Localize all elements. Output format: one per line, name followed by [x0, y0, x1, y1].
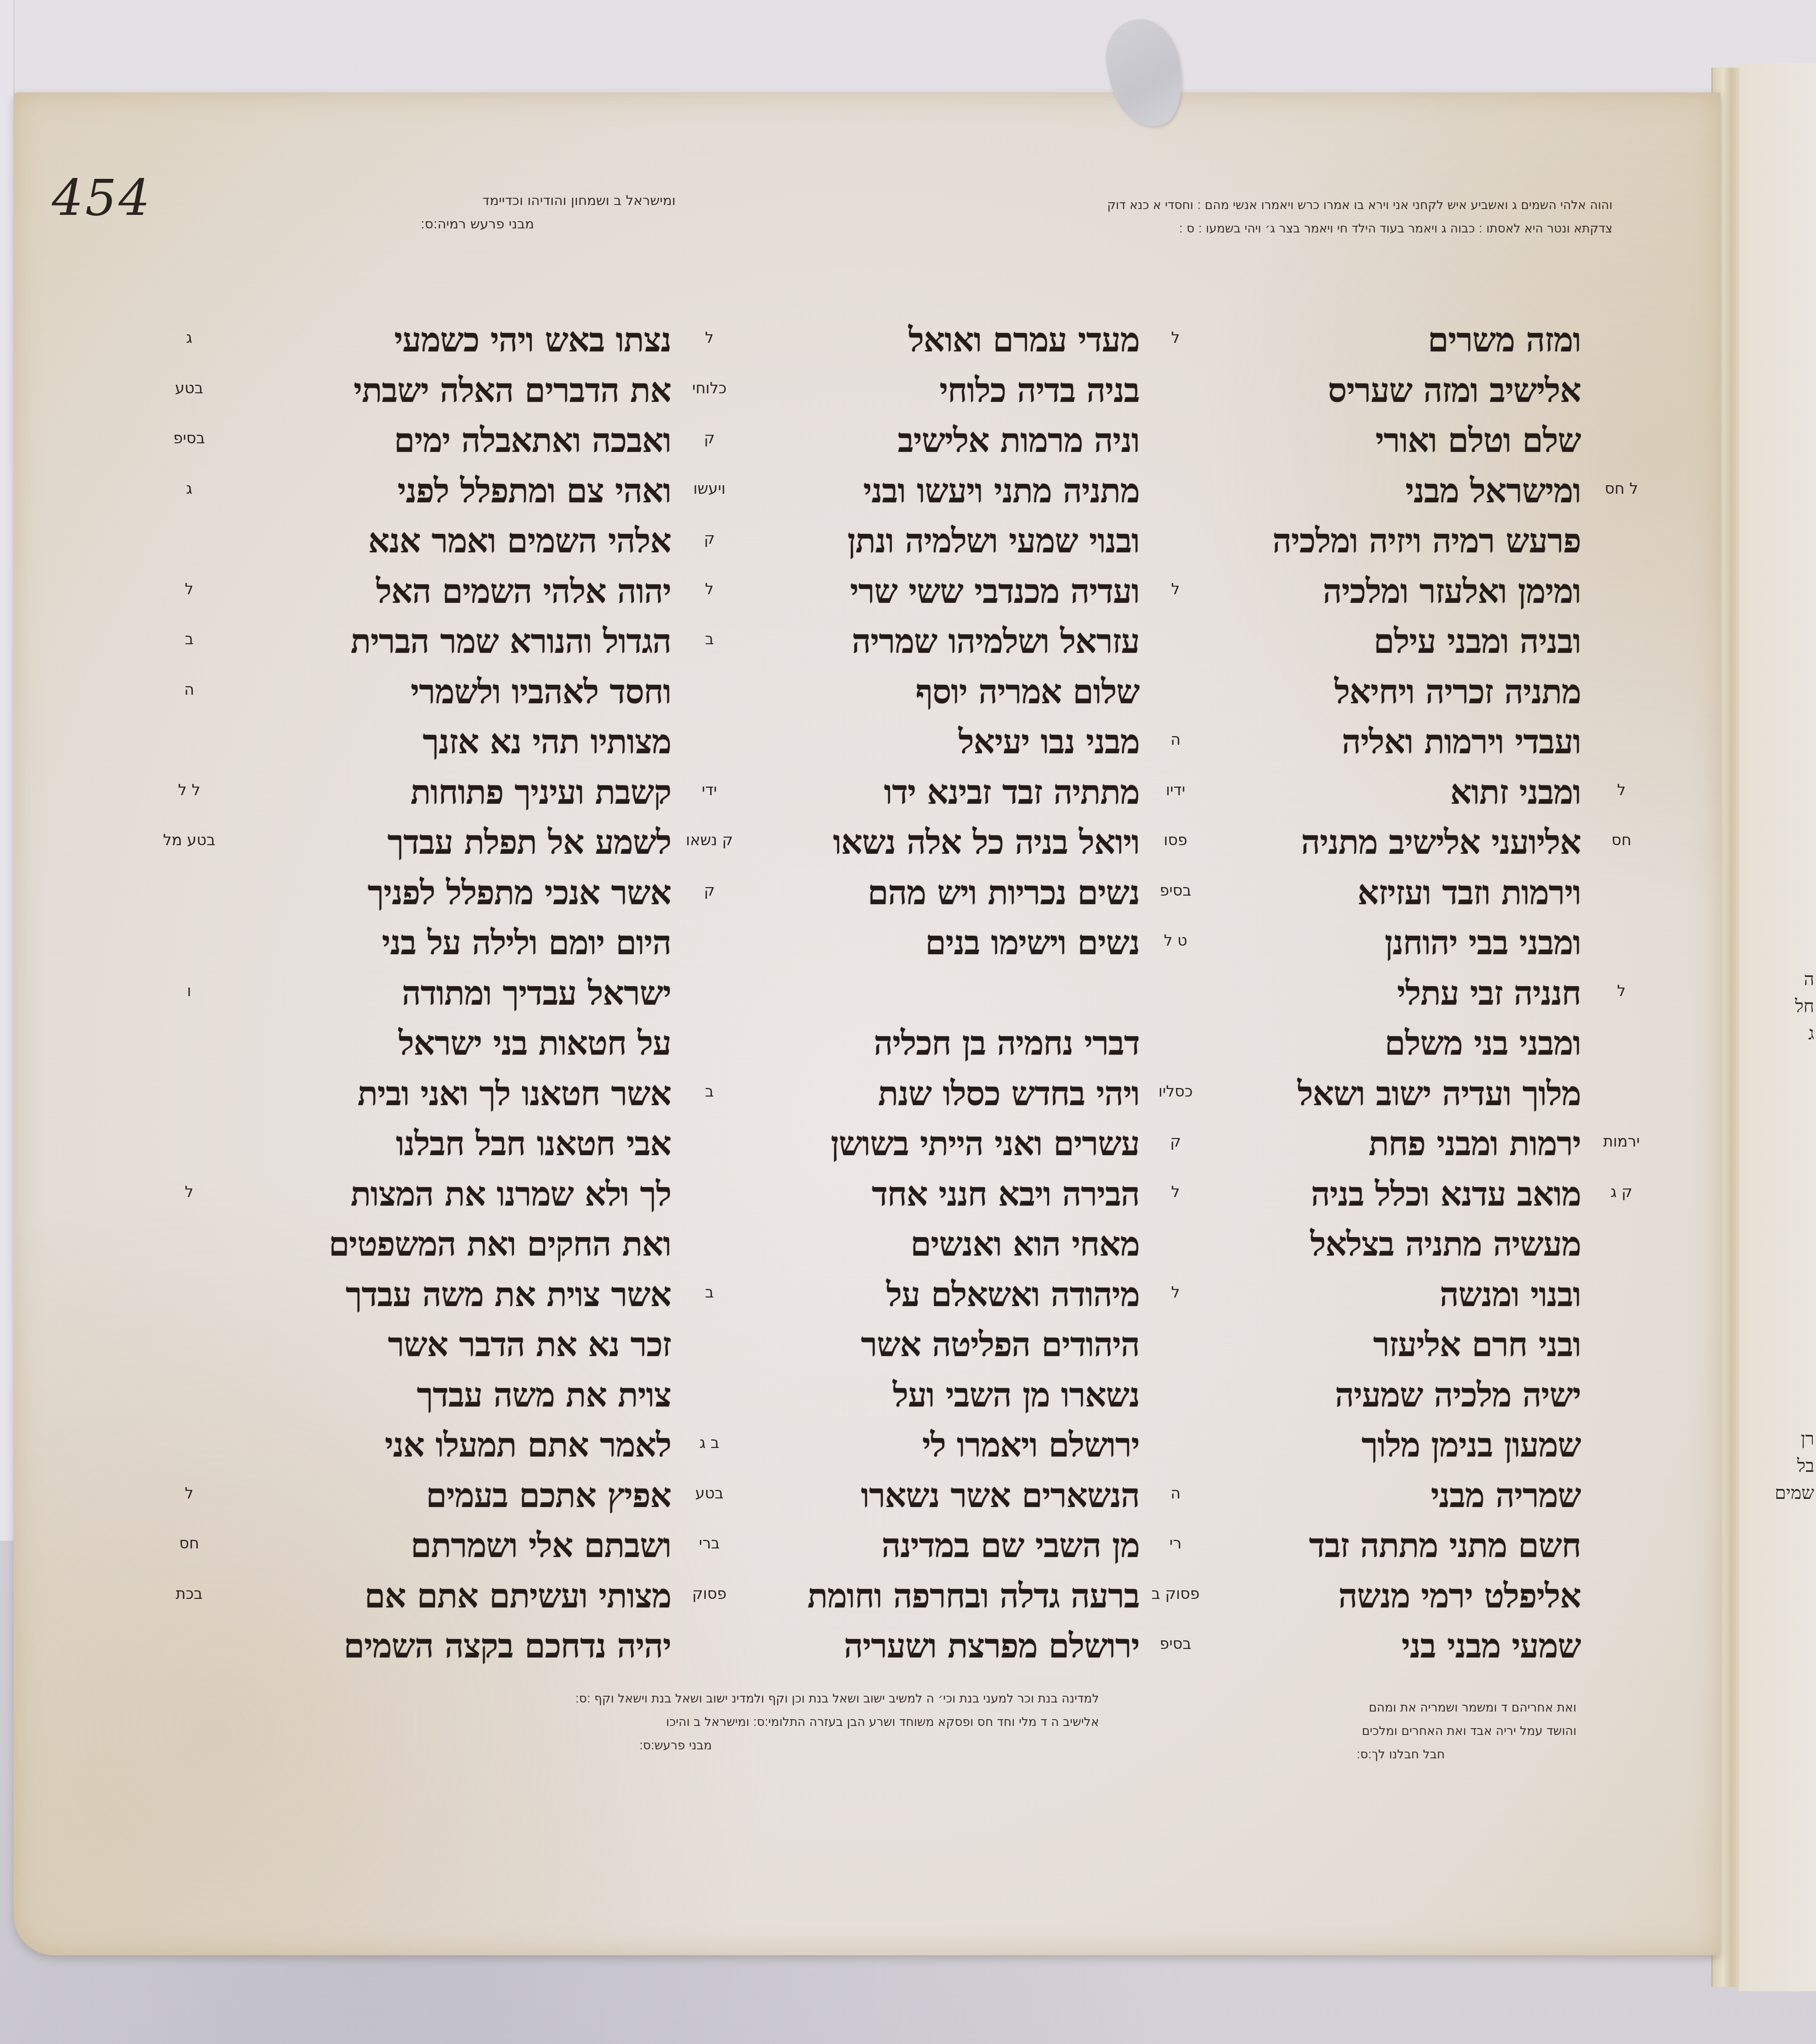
- text-line: יהיה נדחכם בקצה השמים: [270, 1621, 671, 1672]
- text-line: חשם מתני מתתה זבד: [1225, 1521, 1581, 1571]
- text-line: עשרים ואני הייתי בשושן: [748, 1119, 1140, 1170]
- text-column-right: ומזה משריםאלישיב ומזה שעריסשלם וטלם ואור…: [1225, 315, 1581, 1672]
- masora-parva-note: ב: [185, 630, 194, 648]
- text-line: ומבני זתוא: [1225, 768, 1581, 818]
- masora-parva-note: ג: [186, 480, 192, 498]
- text-line: דברי נחמיה בן חכליה: [748, 1019, 1140, 1069]
- text-line: מעשיה מתניה בצלאל: [1225, 1220, 1581, 1270]
- text-line: מבני נבו יעיאל: [748, 717, 1140, 768]
- text-line: ויהי בחדש כסלו שנת: [748, 1069, 1140, 1120]
- text-line: נשארו מן השבי ועל: [748, 1370, 1140, 1421]
- masora-parva-note: בטע: [175, 379, 204, 397]
- masora-parva-note: ל ל: [178, 781, 200, 799]
- masora-parva-note: ק ג: [1611, 1183, 1633, 1201]
- text-line: שמעון בנימן מלוך: [1225, 1420, 1581, 1471]
- text-line: מאחי הוא ואנשים: [748, 1220, 1140, 1270]
- text-line: קשבת ועיניך פתוחות: [270, 768, 671, 818]
- text-line: ומימן ואלעזר ומלכיה: [1225, 567, 1581, 617]
- masora-parva-note: ק: [704, 429, 715, 447]
- text-column-left: נצתו באש ויהי כשמעיאת הדברים האלה ישבתיו…: [270, 315, 671, 1672]
- adjacent-page-fragment: שמים: [1775, 1482, 1814, 1503]
- text-line: פרעש רמיה ויזיה ומלכיה: [1225, 516, 1581, 567]
- text-column-middle: מעדי עמרם ואואלבניה בדיה כלוחיוניה מרמות…: [748, 315, 1140, 1672]
- masora-parva-note: פסוק ב: [1151, 1585, 1199, 1603]
- text-line: אשר צוית את משה עבדך: [270, 1270, 671, 1320]
- text-line: צוית את משה עבדך: [270, 1370, 671, 1421]
- text-line: ובני חרם אליעזר: [1225, 1320, 1581, 1370]
- text-line: וחסד לאהביו ולשמרי: [270, 667, 671, 718]
- masora-line: מבני פרעש׃ס׃: [252, 1734, 1099, 1757]
- text-line: ובניה ומבני עילם: [1225, 617, 1581, 667]
- text-line: על חטאות בני ישראל: [270, 1019, 671, 1069]
- text-line: הבירה ויבא חנני אחד: [748, 1170, 1140, 1220]
- text-line: לך ולא שמרנו את המצות: [270, 1170, 671, 1220]
- text-line: [748, 969, 1140, 1019]
- masora-line: והושד עמל יריה אבד ואת האחרים ומלכים: [1225, 1720, 1576, 1743]
- text-line: ומבני בני משלם: [1225, 1019, 1581, 1069]
- masora-parva-note: ו: [187, 982, 191, 1000]
- text-line: ומבני בבי יהוחנן: [1225, 918, 1581, 969]
- text-line: מצותי ועשיתם אתם אם: [270, 1571, 671, 1622]
- previous-page-edge: [0, 0, 14, 1541]
- masora-line: למדינה בנת וכר למעני בנת וכי׳ ה למשיב יש…: [252, 1687, 1099, 1711]
- text-line: יהוה אלהי השמים האל: [270, 567, 671, 617]
- masora-parva-note: כסליו: [1158, 1083, 1193, 1101]
- text-line: אליועני אלישיב מתניה: [1225, 818, 1581, 868]
- text-line: וניה מרמות אלישיב: [748, 416, 1140, 466]
- text-line: שלם וטלם ואורי: [1225, 416, 1581, 466]
- masora-parva-note: ק: [704, 530, 715, 548]
- text-line: ועדיה מכנדבי ששי שרי: [748, 567, 1140, 617]
- masora-parva-note: ק: [704, 882, 715, 900]
- masora-parva-note: בסיפ: [1160, 882, 1192, 900]
- masora-parva-note: ב: [705, 630, 714, 648]
- text-line: בניה בדיה כלוחי: [748, 366, 1140, 416]
- text-line: חנניה זבי עתלי: [1225, 969, 1581, 1019]
- text-line: היום יומם ולילה על בני: [270, 918, 671, 969]
- masora-parva-note: רי: [1170, 1534, 1182, 1552]
- adjacent-page-fragment: ה: [1804, 969, 1814, 990]
- text-line: אליפלט ירמי מנשה: [1225, 1571, 1581, 1622]
- text-line: מיהודה ואשאלם על: [748, 1270, 1140, 1320]
- text-line: ושבתם אלי ושמרתם: [270, 1521, 671, 1571]
- text-line: אלהי השמים ואמר אנא: [270, 516, 671, 567]
- masora-magna-bottom-right: ואת אחריהם ד ומשמר ושמריה את ומהם והושד …: [1225, 1696, 1576, 1766]
- masora-magna-top-right: והוה אלהי השמים ג ואשביע איש לקחני אני ו…: [766, 194, 1612, 241]
- masora-parva-note: פסוק: [692, 1585, 727, 1603]
- text-line: אפיץ אתכם בעמים: [270, 1471, 671, 1521]
- text-line: אשר אנכי מתפלל לפניך: [270, 868, 671, 919]
- masora-parva-note: בכת: [176, 1585, 203, 1603]
- text-line: ובנוי ומנשה: [1225, 1270, 1581, 1320]
- text-line: שמריה מבני: [1225, 1471, 1581, 1521]
- text-line: ויואל בניה כל אלה נשאו: [748, 818, 1140, 868]
- text-line: ירמות ומבני פחת: [1225, 1119, 1581, 1170]
- text-line: מואב עדנא וכלל בניה: [1225, 1170, 1581, 1220]
- masora-parva-note: ט ל: [1164, 932, 1187, 950]
- masora-parva-note: ה: [1171, 1484, 1180, 1502]
- masora-parva-note: ב: [705, 1284, 714, 1302]
- text-line: מצותיו תהי נא אזנך: [270, 717, 671, 768]
- text-line: ואהי צם ומתפלל לפני: [270, 466, 671, 517]
- masora-parva-note: ל: [185, 580, 193, 598]
- masora-parva-note: ירמות: [1603, 1133, 1640, 1151]
- masora-parva-note: בסיפ: [173, 429, 205, 447]
- text-line: מתניה זכריה ויחיאל: [1225, 667, 1581, 718]
- text-line: ואת החקים ואת המשפטים: [270, 1220, 671, 1270]
- masora-line: ואת אחריהם ד ומשמר ושמריה את ומהם: [1225, 1696, 1576, 1720]
- text-line: עזראל ושלמיהו שמריה: [748, 617, 1140, 667]
- adjacent-page: ה חל ג רן בל שמים: [1739, 63, 1816, 1991]
- masora-line: ומישראל ב ושמחון והודיהו וכדיימד: [279, 189, 676, 213]
- text-line: אבי חטאנו חבל חבלנו: [270, 1119, 671, 1170]
- masora-line: חבל חבלנו לך׃ס׃: [1225, 1743, 1576, 1766]
- text-line: לשמע אל תפלת עבדך: [270, 818, 671, 868]
- masora-parva-note: ל: [1171, 1284, 1180, 1302]
- text-line: אלישיב ומזה שעריס: [1225, 366, 1581, 416]
- text-line: ומזה משרים: [1225, 315, 1581, 366]
- masora-parva-note: ל: [1171, 1183, 1180, 1201]
- masora-parva-note: חס: [179, 1534, 199, 1552]
- masora-parva-note: ל: [705, 580, 713, 598]
- masora-line: אלישיב ה ד מלי וחד חס ופסקא משוחד ושרע ה…: [252, 1711, 1099, 1734]
- text-line: היהודים הפליטה אשר: [748, 1320, 1140, 1370]
- masora-parva-note: ק: [1170, 1133, 1181, 1151]
- text-line: שלום אמריה יוסף: [748, 667, 1140, 718]
- text-line: ירושלם ויאמרו לי: [748, 1420, 1140, 1471]
- text-line: מעדי עמרם ואואל: [748, 315, 1140, 366]
- masora-parva-note: ל: [1171, 329, 1180, 347]
- text-line: ובנוי שמעי ושלמיה ונתן: [748, 516, 1140, 567]
- masora-line: מבני פרעש רמיה׃ס׃: [279, 213, 676, 236]
- masora-parva-note: ויעשו: [693, 480, 726, 498]
- masora-parva-note: ה: [1171, 731, 1180, 749]
- masora-parva-note: בטע מל: [163, 831, 215, 849]
- masora-parva-note: ל חס: [1605, 480, 1638, 498]
- adjacent-page-fragment: בל: [1797, 1455, 1814, 1476]
- text-line: נצתו באש ויהי כשמעי: [270, 315, 671, 366]
- masora-parva-note: ידי: [702, 781, 717, 799]
- text-line: אשר חטאנו לך ואני ובית: [270, 1069, 671, 1120]
- masora-parva-note: כלוחי: [692, 379, 726, 397]
- masora-parva-note: בטע: [695, 1484, 724, 1502]
- text-line: ואבכה ואתאבלה ימים: [270, 416, 671, 466]
- text-line: שמעי מבני בני: [1225, 1621, 1581, 1672]
- adjacent-page-fragment: רן: [1801, 1428, 1814, 1449]
- masora-parva-note: ל: [1171, 580, 1180, 598]
- masora-parva-note: ל: [705, 329, 713, 347]
- masora-magna-top-left: ומישראל ב ושמחון והודיהו וכדיימד מבני פר…: [279, 189, 676, 236]
- folio-number: 454: [52, 169, 152, 227]
- text-line: הנשארים אשר נשארו: [748, 1471, 1140, 1521]
- masora-parva-note: ברי: [699, 1534, 720, 1552]
- masora-line: והוה אלהי השמים ג ואשביע איש לקחני אני ו…: [766, 194, 1612, 217]
- masora-parva-note: חס: [1612, 831, 1631, 849]
- text-line: ישראל עבדיך ומתודה: [270, 969, 671, 1019]
- text-line: מתתיה זבד זבינא ידו: [748, 768, 1140, 818]
- masora-parva-note: ידיו: [1166, 781, 1185, 799]
- text-line: ירושלם מפרצת ושעריה: [748, 1621, 1140, 1672]
- masora-parva-note: ב ג: [699, 1434, 719, 1452]
- text-line: מלוך ועדיה ישוב ושאל: [1225, 1069, 1581, 1120]
- text-line: הגדול והנורא שמר הברית: [270, 617, 671, 667]
- text-line: מן השבי שם במדינה: [748, 1521, 1140, 1571]
- text-line: ומישראל מבני: [1225, 466, 1581, 517]
- adjacent-page-fragment: חל: [1795, 996, 1814, 1017]
- masora-parva-note: ל: [1617, 982, 1625, 1000]
- masora-parva-note: פסו: [1164, 831, 1188, 849]
- masora-line: צדקתא ונטר היא לאסתו ׃ כבוה ג ויאמר בעוד…: [766, 217, 1612, 241]
- adjacent-page-fragment: ג: [1808, 1023, 1814, 1044]
- masora-parva-note: ל: [185, 1484, 193, 1502]
- masora-parva-note: ל: [185, 1183, 193, 1201]
- masora-parva-note: בסיפ: [1160, 1635, 1192, 1653]
- text-line: ברעה גדלה ובחרפה וחומת: [748, 1571, 1140, 1622]
- masora-magna-bottom-left: למדינה בנת וכר למעני בנת וכי׳ ה למשיב יש…: [252, 1687, 1099, 1757]
- text-line: לאמר אתם תמעלו אני: [270, 1420, 671, 1471]
- text-line: ועבדי וירמות ואליה: [1225, 717, 1581, 768]
- masora-parva-note: ל: [1617, 781, 1625, 799]
- masora-parva-note: ג: [186, 329, 192, 347]
- text-line: זכר נא את הדבר אשר: [270, 1320, 671, 1370]
- text-line: נשים נכריות ויש מהם: [748, 868, 1140, 919]
- masora-parva-note: ה: [184, 681, 194, 699]
- text-line: מתניה מתני ויעשו ובני: [748, 466, 1140, 517]
- text-line: וירמות וזבד ועזיזא: [1225, 868, 1581, 919]
- text-line: ישיה מלכיה שמעיה: [1225, 1370, 1581, 1421]
- masora-parva-note: ב: [705, 1083, 714, 1101]
- masora-parva-note: ק נשאו: [686, 831, 733, 849]
- text-line: נשים וישימו בנים: [748, 918, 1140, 969]
- text-line: את הדברים האלה ישבתי: [270, 366, 671, 416]
